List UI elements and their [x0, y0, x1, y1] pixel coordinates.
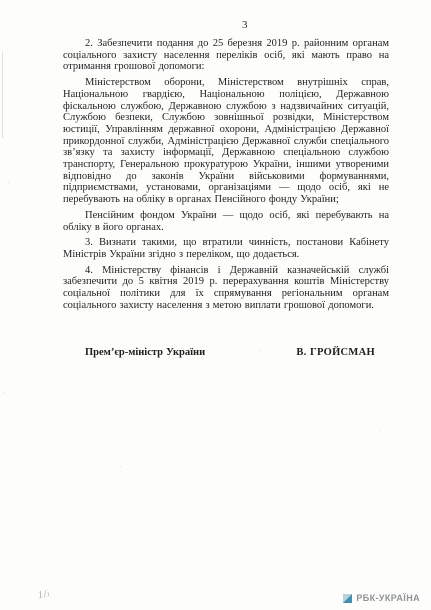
scanned-document-page: 3 2. Забезпечити подання до 25 березня 2… [0, 0, 431, 610]
paragraph-item-3: 3. Визнати такими, що втратили чинність,… [63, 237, 389, 260]
signature-block: Прем’єр-міністр України В. ГРОЙСМАН [63, 347, 389, 359]
signature-title: Прем’єр-міністр України [85, 347, 205, 359]
handwritten-pencil-mark: 1/₁ [37, 589, 51, 602]
paragraph-ministries-list: Міністерством оборони, Міністерством вну… [63, 77, 389, 206]
page-number: 3 [242, 19, 248, 31]
rbc-ukraine-watermark: РБК-УКРАЇНА [343, 593, 420, 603]
paragraph-pension-fund: Пенсійним фондом України — щодо осіб, як… [63, 210, 389, 233]
rbc-ukraine-logo-icon [343, 594, 352, 603]
watermark-label: РБК-УКРАЇНА [356, 593, 420, 603]
paragraph-item-2: 2. Забезпечити подання до 25 березня 201… [63, 38, 389, 73]
document-body: 2. Забезпечити подання до 25 березня 201… [63, 38, 389, 359]
paragraph-item-4: 4. Міністерству фінансів і Державній каз… [63, 265, 389, 312]
scan-edge-artifact [2, 52, 3, 138]
scan-noise-specks [0, 0, 1, 1]
signature-name: В. ГРОЙСМАН [296, 347, 375, 359]
